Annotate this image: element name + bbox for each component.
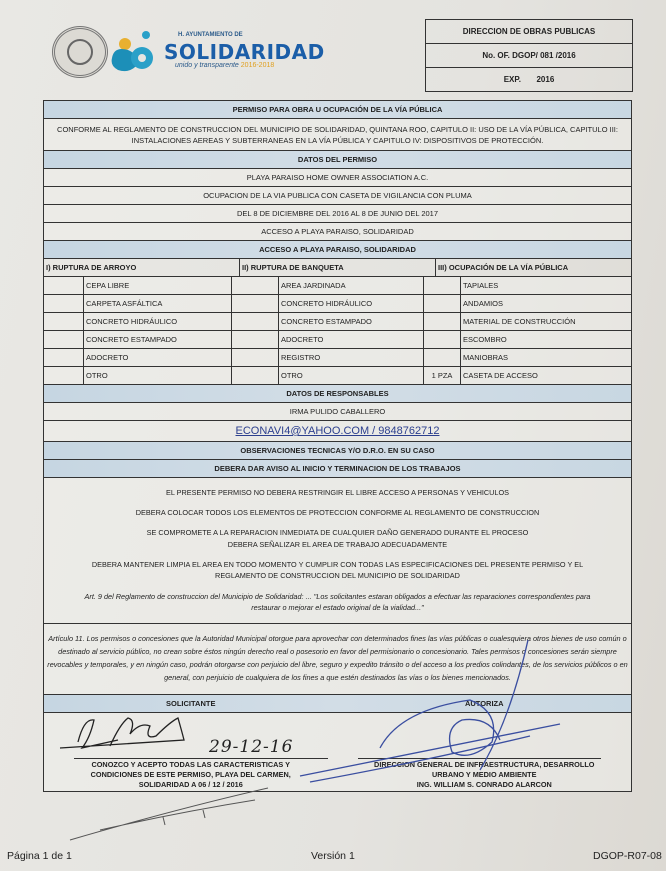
municipal-seal-logo xyxy=(52,26,108,78)
item-banqueta: REGISTRO xyxy=(279,349,424,366)
logo-solidaridad-text: SOLIDARIDAD xyxy=(164,40,325,64)
item-banqueta: OTRO xyxy=(279,367,424,384)
expediente: EXP. 2016 xyxy=(426,68,632,91)
item-ocupacion: MANIOBRAS xyxy=(461,349,631,366)
category-headers: I) RUPTURA DE ARROYO II) RUPTURA DE BANQ… xyxy=(44,259,631,277)
item-ocupacion: ANDAMIOS xyxy=(461,295,631,312)
responsables-title: DATOS DE RESPONSABLES xyxy=(44,385,631,403)
item-ocupacion: TAPIALES xyxy=(461,277,631,294)
signature-headers: SOLICITANTE AUTORIZA xyxy=(44,695,631,713)
permit-location: ACCESO A PLAYA PARAISO, SOLIDARIDAD xyxy=(44,223,631,241)
category-header-banqueta: II) RUPTURA DE BANQUETA xyxy=(240,259,436,276)
item-ocupacion: CASETA DE ACCESO xyxy=(461,367,631,384)
qty-ocupacion xyxy=(424,295,461,312)
qty-ocupacion xyxy=(424,349,461,366)
observacion-item: SE COMPROMETE A LA REPARACION INMEDIATA … xyxy=(52,527,623,538)
observacion-item: DEBERA COLOCAR TODOS LOS ELEMENTOS DE PR… xyxy=(52,507,623,518)
category-rows: CEPA LIBREAREA JARDINADATAPIALESCARPETA … xyxy=(44,277,631,385)
datos-permiso-title: DATOS DEL PERMISO xyxy=(44,151,631,169)
legal-intro: CONFORME AL REGLAMENTO DE CONSTRUCCION D… xyxy=(44,119,631,151)
footer-page: Página 1 de 1 xyxy=(7,850,72,862)
observaciones-list: EL PRESENTE PERMISO NO DEBERA RESTRINGIR… xyxy=(44,478,631,624)
observaciones-title: OBSERVACIONES TECNICAS Y/O D.R.O. EN SU … xyxy=(44,442,631,460)
solicitante-label: SOLICITANTE xyxy=(44,695,338,712)
office-reference-box: DIRECCION DE OBRAS PUBLICAS No. OF. DGOP… xyxy=(425,19,633,92)
item-ocupacion: ESCOMBRO xyxy=(461,331,631,348)
item-arroyo: OTRO xyxy=(84,367,232,384)
category-row: CEPA LIBREAREA JARDINADATAPIALES xyxy=(44,277,631,295)
footer-version: Versión 1 xyxy=(311,850,355,862)
category-row: CARPETA ASFÁLTICACONCRETO HIDRÁULICOANDA… xyxy=(44,295,631,313)
responsable-contact: ECONAVI4@YAHOO.COM / 9848762712 xyxy=(44,421,631,442)
item-arroyo: CONCRETO HIDRÁULICO xyxy=(84,313,232,330)
qty-ocupacion: 1 PZA xyxy=(424,367,461,384)
observacion-item: EL PRESENTE PERMISO NO DEBERA RESTRINGIR… xyxy=(52,487,623,498)
item-banqueta: CONCRETO HIDRÁULICO xyxy=(279,295,424,312)
handwritten-date: 29-12-16 xyxy=(209,737,293,757)
autoriza-line-1: DIRECCION GENERAL DE INFRAESTRUCTURA, DE… xyxy=(338,760,632,770)
qty-ocupacion xyxy=(424,313,461,330)
applicant-name: PLAYA PARAISO HOME OWNER ASSOCIATION A.C… xyxy=(44,169,631,187)
autoriza-label: AUTORIZA xyxy=(338,695,632,712)
location-header: ACCESO A PLAYA PARAISO, SOLIDARIDAD xyxy=(44,241,631,259)
item-arroyo: ADOCRETO xyxy=(84,349,232,366)
article-11-text: Artículo 11. Los permisos o concesiones … xyxy=(44,624,631,695)
item-arroyo: CARPETA ASFÁLTICA xyxy=(84,295,232,312)
permit-title: PERMISO PARA OBRA U OCUPACIÓN DE LA VÍA … xyxy=(44,101,631,119)
qty-banqueta xyxy=(232,349,279,366)
item-banqueta: CONCRETO ESTAMPADO xyxy=(279,313,424,330)
autoriza-line-2: URBANO Y MEDIO AMBIENTE xyxy=(338,770,632,780)
office-name: DIRECCION DE OBRAS PUBLICAS xyxy=(426,20,632,44)
logo-tagline-text: unido y transparente xyxy=(175,62,239,69)
footer-code: DGOP-R07-08 xyxy=(593,850,662,862)
signature-area: 29-12-16 CONOZCO Y ACEPTO TODAS LAS CARA… xyxy=(44,713,631,791)
qty-arroyo xyxy=(44,367,84,384)
item-banqueta: ADOCRETO xyxy=(279,331,424,348)
qty-arroyo xyxy=(44,295,84,312)
item-ocupacion: MATERIAL DE CONSTRUCCIÓN xyxy=(461,313,631,330)
logo-tagline: unido y transparente 2016-2018 xyxy=(175,62,274,69)
responsable-name: IRMA PULIDO CABALLERO xyxy=(44,403,631,421)
qty-arroyo xyxy=(44,331,84,348)
item-banqueta: AREA JARDINADA xyxy=(279,277,424,294)
item-arroyo: CEPA LIBRE xyxy=(84,277,232,294)
office-number: No. OF. DGOP/ 081 /2016 xyxy=(426,44,632,68)
category-row: CONCRETO HIDRÁULICOCONCRETO ESTAMPADOMAT… xyxy=(44,313,631,331)
observaciones-notice: DEBERA DAR AVISO AL INICIO Y TERMINACION… xyxy=(44,460,631,478)
qty-banqueta xyxy=(232,277,279,294)
permit-description: OCUPACION DE LA VIA PUBLICA CON CASETA D… xyxy=(44,187,631,205)
category-row: CONCRETO ESTAMPADOADOCRETOESCOMBRO xyxy=(44,331,631,349)
solicitante-signature-block: 29-12-16 CONOZCO Y ACEPTO TODAS LAS CARA… xyxy=(44,713,338,791)
signature-line xyxy=(74,758,328,759)
qty-ocupacion xyxy=(424,277,461,294)
qty-ocupacion xyxy=(424,331,461,348)
initials-ink xyxy=(70,788,268,840)
qty-banqueta xyxy=(232,313,279,330)
solidaridad-logo-icon xyxy=(108,28,158,74)
autoriza-line-3: ING. WILLIAM S. CONRADO ALARCON xyxy=(338,780,632,790)
autoriza-text: DIRECCION GENERAL DE INFRAESTRUCTURA, DE… xyxy=(338,760,632,790)
category-row: ADOCRETOREGISTROMANIOBRAS xyxy=(44,349,631,367)
category-header-arroyo: I) RUPTURA DE ARROYO xyxy=(44,259,240,276)
category-header-ocupacion: III) OCUPACIÓN DE LA VÍA PÚBLICA xyxy=(436,259,631,276)
observacion-item: DEBERA MANTENER LIMPIA EL AREA EN TODO M… xyxy=(72,559,603,581)
article-9-quote: Art. 9 del Reglamento de construccion de… xyxy=(82,591,593,613)
solicitante-acceptance-text: CONOZCO Y ACEPTO TODAS LAS CARACTERISTIC… xyxy=(44,760,338,790)
qty-arroyo xyxy=(44,277,84,294)
qty-banqueta xyxy=(232,295,279,312)
qty-banqueta xyxy=(232,367,279,384)
logo-ayuntamiento-text: H. AYUNTAMIENTO DE xyxy=(178,32,243,38)
observacion-item: DEBERA SEÑALIZAR EL AREA DE TRABAJO ADEC… xyxy=(52,539,623,550)
signature-line xyxy=(358,758,602,759)
permit-period: DEL 8 DE DICIEMBRE DEL 2016 AL 8 DE JUNI… xyxy=(44,205,631,223)
logo-years: 2016-2018 xyxy=(241,62,274,69)
item-arroyo: CONCRETO ESTAMPADO xyxy=(84,331,232,348)
qty-arroyo xyxy=(44,349,84,366)
qty-banqueta xyxy=(232,331,279,348)
permit-form: PERMISO PARA OBRA U OCUPACIÓN DE LA VÍA … xyxy=(43,100,632,792)
qty-arroyo xyxy=(44,313,84,330)
category-row: OTROOTRO1 PZACASETA DE ACCESO xyxy=(44,367,631,385)
autoriza-signature-block: DIRECCION GENERAL DE INFRAESTRUCTURA, DE… xyxy=(338,713,632,791)
